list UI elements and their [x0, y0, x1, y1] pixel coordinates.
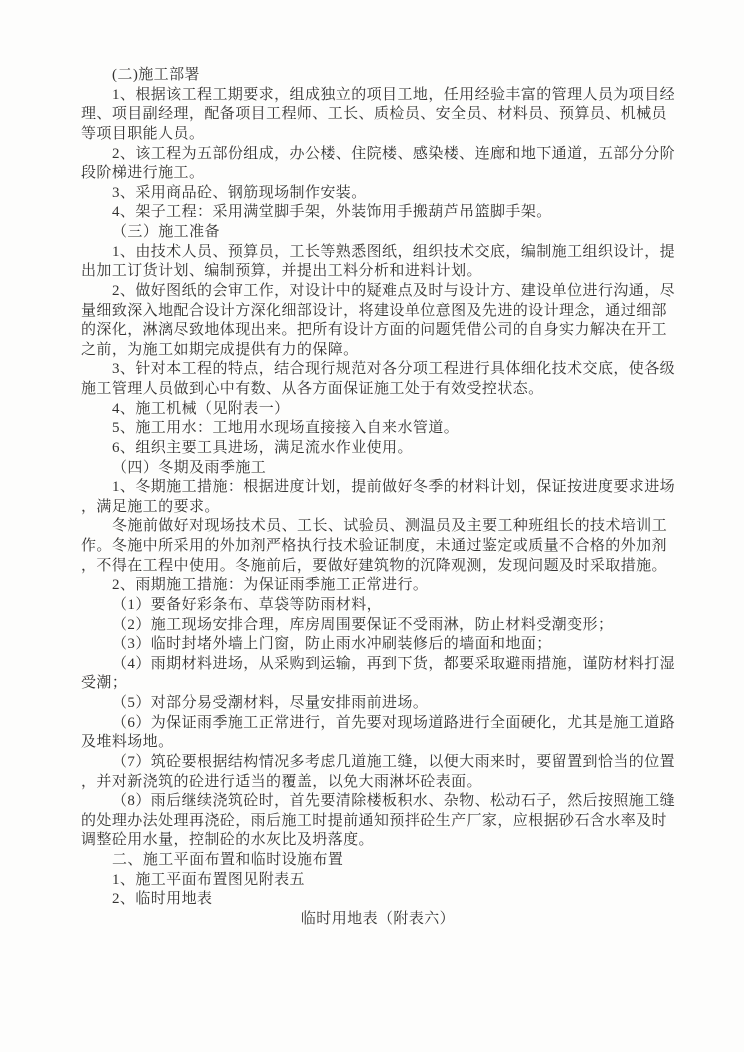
paragraph-line: 出加工订货计划、编制预算，并提出工料分析和进料计划。 [81, 262, 675, 282]
paragraph-line: 冬施前做好对现场技术员、工长、试验员、测温员及主要工种班组长的技术培训工 [81, 517, 675, 537]
list-item-3: （3）临时封堵外墙上门窗，防止雨水冲刷装修后的墙面和地面； [81, 635, 675, 655]
paragraph-line: 段阶梯进行施工。 [81, 164, 675, 184]
paragraph-line: 及堆料场地。 [81, 733, 675, 753]
list-item-7: （7）筑砼要根据结构情况多考虑几道施工缝，以便大雨来时，要留置到恰当的位置 [81, 753, 675, 773]
document-text-block: (二)施工部署 1、根据该工程工期要求，组成独立的项目工地，任用经验丰富的管理人… [81, 66, 675, 930]
paragraph-line: 4、施工机械（见附表一） [81, 400, 675, 420]
paragraph-line: 的深化，淋漓尽致地体现出来。把所有设计方面的问题凭借公司的自身实力解决在开工 [81, 321, 675, 341]
paragraph-line: 1、根据该工程工期要求，组成独立的项目工地，任用经验丰富的管理人员为项目经 [81, 86, 675, 106]
paragraph-line: 1、由技术人员、预算员，工长等熟悉图纸，组织技术交底，编制施工组织设计，提 [81, 243, 675, 263]
paragraph-line: 的处理办法处理再浇砼，雨后施工时提前通知预拌砼生产厂家，应根据砂石含水率及时 [81, 812, 675, 832]
paragraph-line: ，不得在工程中使用。冬施前后，要做好建筑物的沉降观测，发现问题及时采取措施。 [81, 557, 675, 577]
paragraph-line: 调整砼用水量，控制砼的水灰比及坍落度。 [81, 831, 675, 851]
section-heading-site-layout: 二、施工平面布置和临时设施布置 [81, 851, 675, 871]
list-item-6: （6）为保证雨季施工正常进行，首先要对现场道路进行全面硬化，尤其是施工道路 [81, 714, 675, 734]
paragraph-line: 4、架子工程：采用满堂脚手架，外装饰用手搬葫芦吊篮脚手架。 [81, 203, 675, 223]
paragraph-line: 理、项目副经理，配备项目工程师、工长、质检员、安全员、材料员、预算员、机械员 [81, 105, 675, 125]
paragraph-line: 3、针对本工程的特点，结合现行规范对各分项工程进行具体细化技术交底，使各级 [81, 360, 675, 380]
list-item-1: （1）要备好彩条布、草袋等防雨材料， [81, 596, 675, 616]
paragraph-line: 作。冬施中所采用的外加剂严格执行技术验证制度，未通过鉴定或质量不合格的外加剂 [81, 537, 675, 557]
paragraph-line: 2、临时用地表 [81, 890, 675, 910]
paragraph-line: 2、做好图纸的会审工作，对设计中的疑难点及时与设计方、建设单位进行沟通，尽 [81, 282, 675, 302]
paragraph-line: 2、雨期施工措施：为保证雨季施工正常进行。 [81, 576, 675, 596]
section-heading-construction-preparation: （三）施工准备 [81, 223, 675, 243]
paragraph-line: 1、施工平面布置图见附表五 [81, 871, 675, 891]
paragraph-line: 6、组织主要工具进场，满足流水作业使用。 [81, 439, 675, 459]
paragraph-line: 之前，为施工如期完成提供有力的保障。 [81, 341, 675, 361]
paragraph-line: ，满足施工的要求。 [81, 498, 675, 518]
paragraph-line: 量细致深入地配合设计方深化细部设计，将建设单位意图及先进的设计理念，通过细部 [81, 302, 675, 322]
paragraph-line: 5、施工用水：工地用水现场直接接入自来水管道。 [81, 419, 675, 439]
paragraph-line: 3、采用商品砼、钢筋现场制作安装。 [81, 184, 675, 204]
list-item-5: （5）对部分易受潮材料，尽量安排雨前进场。 [81, 694, 675, 714]
list-item-8: （8）雨后继续浇筑砼时，首先要清除楼板积水、杂物、松动石子，然后按照施工缝 [81, 792, 675, 812]
paragraph-line: 2、该工程为五部份组成，办公楼、住院楼、感染楼、连廊和地下通道，五部分分阶 [81, 145, 675, 165]
section-heading-construction-deployment: (二)施工部署 [81, 66, 675, 86]
list-item-4: （4）雨期材料进场，从采购到运输，再到下货，都要采取避雨措施，谨防材料打湿 [81, 655, 675, 675]
paragraph-line: 施工管理人员做到心中有数、从各方面保证施工处于有效受控状态。 [81, 380, 675, 400]
section-heading-winter-rainy-season: （四）冬期及雨季施工 [81, 459, 675, 479]
paragraph-line: 等项目职能人员。 [81, 125, 675, 145]
table-caption-temporary-land-use: 临时用地表（附表六） [81, 910, 675, 930]
paragraph-line: ，并对新浇筑的砼进行适当的覆盖，以免大雨淋坏砼表面。 [81, 773, 675, 793]
paragraph-line: 1、冬期施工措施：根据进度计划，提前做好冬季的材料计划，保证按进度要求进场 [81, 478, 675, 498]
paragraph-line: 受潮； [81, 674, 675, 694]
scanned-document-page: (二)施工部署 1、根据该工程工期要求，组成独立的项目工地，任用经验丰富的管理人… [0, 0, 744, 1052]
list-item-2: （2）施工现场安排合理，库房周围要保证不受雨淋，防止材料受潮变形； [81, 616, 675, 636]
